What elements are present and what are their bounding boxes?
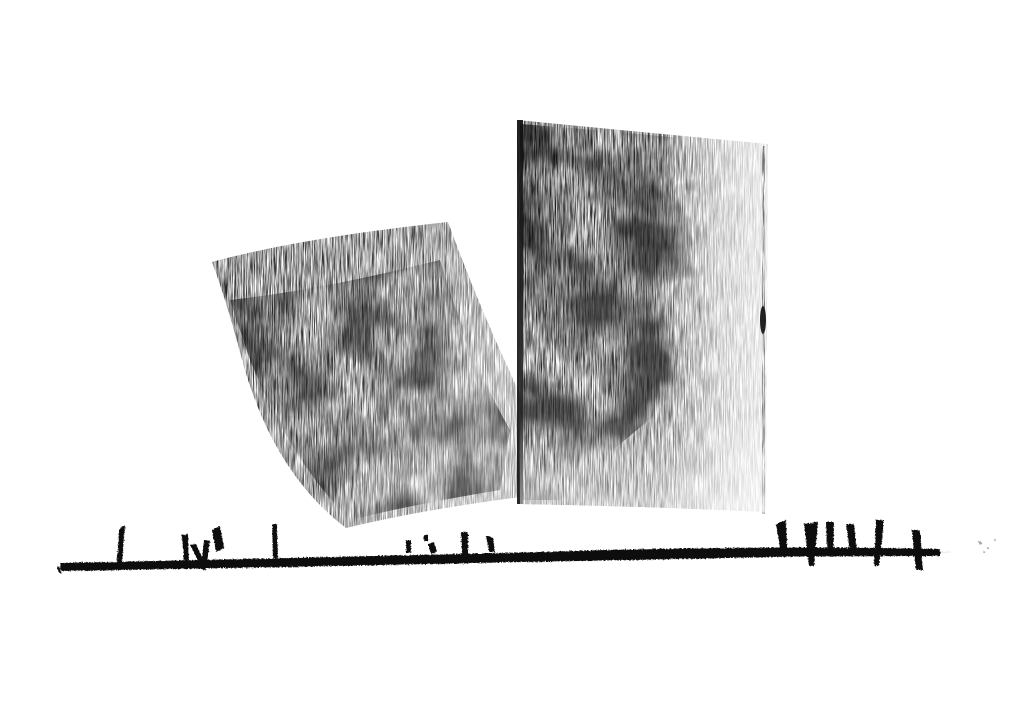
right-slab <box>517 120 768 514</box>
charcoal-drawing <box>0 0 1024 724</box>
